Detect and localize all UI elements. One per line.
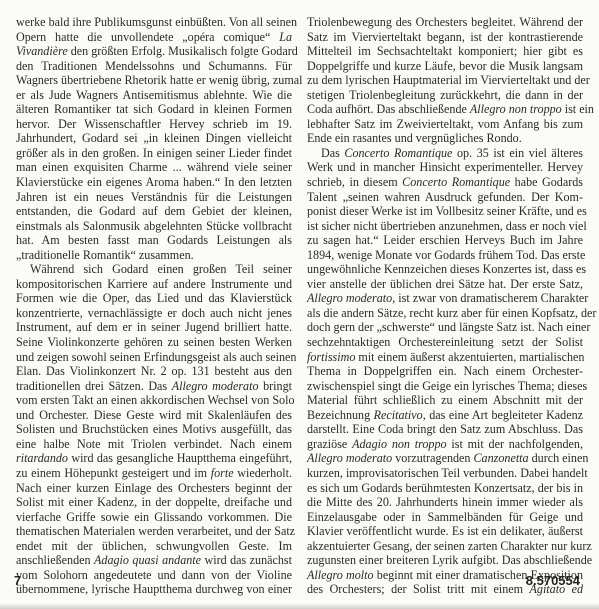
text-line: Coda aufhört. Das abschließende Allegro … bbox=[307, 102, 583, 117]
text-line: Solisten und Bruchstücken eines Motivs a… bbox=[16, 422, 292, 437]
text-line: Instrument, auf dem er in seiner Jugend … bbox=[16, 320, 292, 335]
text-line: Vivandière den größten Erfolg. Musikalis… bbox=[16, 44, 292, 59]
text-line: zu einem Höhepunkt gesteigert und im for… bbox=[16, 466, 292, 481]
text-line: Doppelgriffe und kurze Läufe, bevor die … bbox=[307, 59, 583, 74]
text-line: 1894, wenige Monate vor Godards frühem T… bbox=[307, 248, 583, 263]
text-line: Während sich Godard einen großen Teil se… bbox=[16, 262, 292, 277]
text-line: Jahren ist ein neues Verständnis für die… bbox=[16, 190, 292, 205]
text-line: Material führt schließlich zu einem Absc… bbox=[307, 393, 583, 408]
text-line: Einzelausgabe oder in Sammelbänden für G… bbox=[307, 510, 583, 525]
text-line: Jahrhundert, Godard sei „in kleinen Ding… bbox=[16, 131, 292, 146]
text-line: Thema in Doppelgriffen ein. Nach einem O… bbox=[307, 364, 583, 379]
text-line: werke bald ihre Publikumsgunst einbüßten… bbox=[16, 15, 292, 30]
text-line: vom ersten Takt an einen akkordischen We… bbox=[16, 393, 292, 408]
text-line: größer als in den großen. In einigen sei… bbox=[16, 146, 292, 161]
text-line: als die andern Sätze, recht kurz aber fü… bbox=[307, 306, 583, 321]
text-line: Mittelteil im Sechsachteltakt komponiert… bbox=[307, 44, 583, 59]
text-line: Opern hatte die unvollendete „opéra comi… bbox=[16, 30, 292, 45]
text-line: graziöse Adagio non troppo ist mit der n… bbox=[307, 437, 583, 452]
text-line: einstmals als Salonmusik abgelehnten Stü… bbox=[16, 219, 292, 234]
text-line: Elan. Das Violinkonzert Nr. 2 op. 131 be… bbox=[16, 364, 292, 379]
text-line: Ende ein rasantes und vergnügliches Rond… bbox=[307, 131, 583, 146]
text-line: fortissimo mit einem äußerst akzentuiert… bbox=[307, 350, 583, 365]
text-line: sechzehntaktigen Orchestereinleitung set… bbox=[307, 335, 583, 350]
text-line: er als Jude Wagners Antisemitismus ableh… bbox=[16, 88, 292, 103]
text-line: lebhafter Satz im Zweivierteltakt, vom A… bbox=[307, 117, 583, 132]
text-line: Talent „seinen wahren Ausdruck gefunden.… bbox=[307, 190, 583, 205]
text-line: vierfache Griffe sowie ein Glissando vor… bbox=[16, 510, 292, 525]
text-line: traditionellen drei Sätzen. Das Allegro … bbox=[16, 379, 292, 394]
text-line: zu dem lyrischen Hauptmaterial im Viervi… bbox=[307, 73, 583, 88]
page-number: 7 bbox=[14, 573, 21, 588]
text-line: anschließenden Adagio quasi andante wird… bbox=[16, 553, 292, 568]
page-edge-shadow bbox=[0, 603, 599, 609]
text-line: thematischen Materialen werden verarbeit… bbox=[16, 524, 292, 539]
booklet-page: werke bald ihre Publikumsgunst einbüßten… bbox=[0, 0, 599, 609]
text-line: eine halbe Note mit Triolen verbindet. N… bbox=[16, 437, 292, 452]
text-line: die Mitte des 20. Jahrhunderts hinein im… bbox=[307, 495, 583, 510]
text-line: Allegro moderato, ist zwar von dramatisc… bbox=[307, 291, 583, 306]
text-line: ponist dieser Werke ist im Vollbesitz se… bbox=[307, 204, 583, 219]
text-line: es sich um Godards berühmtesten Konzerts… bbox=[307, 481, 583, 496]
text-line: Nach einer kurzen Einlage des Orchesters… bbox=[16, 481, 292, 496]
text-line: endet mit der üblichen, schwungvollen Ge… bbox=[16, 539, 292, 554]
text-line: und Orchester. Diese Geste wird mit Skal… bbox=[16, 408, 292, 423]
text-line: älteren Romantiker tat sich Godard in kl… bbox=[16, 102, 292, 117]
text-line: vier anstelle der üblichen drei Sätze ha… bbox=[307, 277, 583, 292]
text-line: doch gern der „schwerste“ und längste Sa… bbox=[307, 320, 583, 335]
text-line: „traditionelle Romantik“ zusammen. bbox=[16, 248, 292, 263]
catalog-number: 8.570554 bbox=[526, 573, 580, 588]
text-line: ungewöhnliche Kennzeichen dieses Konzert… bbox=[307, 262, 583, 277]
text-line: Bezeichnung Recitativo, das eine Art beg… bbox=[307, 408, 583, 423]
text-line: kurzen, improvisatorischen Teil verbunde… bbox=[307, 466, 583, 481]
text-line: Formen wie die Oper, das Lied und das Kl… bbox=[16, 291, 292, 306]
text-line: hervor. Der Wissenschaftler Hervey schri… bbox=[16, 117, 292, 132]
text-line: Wagners übertriebene Rhetorik hatte er w… bbox=[16, 73, 292, 88]
text-line: schrieb, in diesem Concerto Romantique h… bbox=[307, 175, 583, 190]
text-line: und zeigen sowohl seinen Erfindungsgeist… bbox=[16, 350, 292, 365]
text-line: zugunsten einer breiteren Lyrik aufgibt.… bbox=[307, 553, 583, 568]
text-line: Allegro moderato vorzutragenden Canzonet… bbox=[307, 451, 583, 466]
text-line: Werk und in mancher Hinsicht experimente… bbox=[307, 160, 583, 175]
text-line: Das Concerto Romantique op. 35 ist ein v… bbox=[307, 146, 583, 161]
text-line: ritardando wird das gesangliche Hauptthe… bbox=[16, 451, 292, 466]
text-line: ist sicher nicht übertrieben anzunehmen,… bbox=[307, 219, 583, 234]
left-text-column: werke bald ihre Publikumsgunst einbüßten… bbox=[16, 15, 292, 597]
text-line: entstanden, die Godard auf dem Gebiet de… bbox=[16, 204, 292, 219]
text-line: kompositorischen Karriere auf andere Ins… bbox=[16, 277, 292, 292]
text-line: übernommene, lyrische Hauptthema durchwe… bbox=[16, 582, 292, 597]
text-line: man einen exquisiten Charme ... während … bbox=[16, 160, 292, 175]
text-line: hat. Am besten fasst man Godards Leistun… bbox=[16, 233, 292, 248]
text-line: zwischenspiel singt die Geige ein lyrisc… bbox=[307, 379, 583, 394]
text-line: stetigen Triolenbegleitung zurückkehrt, … bbox=[307, 88, 583, 103]
text-line: Klavier veröffentlicht wurde. Es ist ein… bbox=[307, 524, 583, 539]
text-line: Triolenbewegung des Orchesters begleitet… bbox=[307, 15, 583, 30]
text-line: konzentrierte, vernachlässigte er doch a… bbox=[16, 306, 292, 321]
text-line: vom Solohorn angedeutete und dann von de… bbox=[16, 568, 292, 583]
text-line: Solist mit einer Kadenz, in der doppelte… bbox=[16, 495, 292, 510]
text-line: Klavierstücke ein eigenes Aroma haben.“ … bbox=[16, 175, 292, 190]
text-line: zu sagen hat.“ Leider erschien Herveys B… bbox=[307, 233, 583, 248]
right-text-column: Triolenbewegung des Orchesters begleitet… bbox=[307, 15, 583, 597]
text-line: Satz im Viervierteltakt begann, ist der … bbox=[307, 30, 583, 45]
text-line: darstellt. Eine Coda bringt den Satz zum… bbox=[307, 422, 583, 437]
text-line: akzentuierter Gesang, der seinen zarten … bbox=[307, 539, 583, 554]
text-line: den Traditionen Mendelssohns und Schuman… bbox=[16, 59, 292, 74]
text-line: Seine Violinkonzerte gehören zu seinen b… bbox=[16, 335, 292, 350]
